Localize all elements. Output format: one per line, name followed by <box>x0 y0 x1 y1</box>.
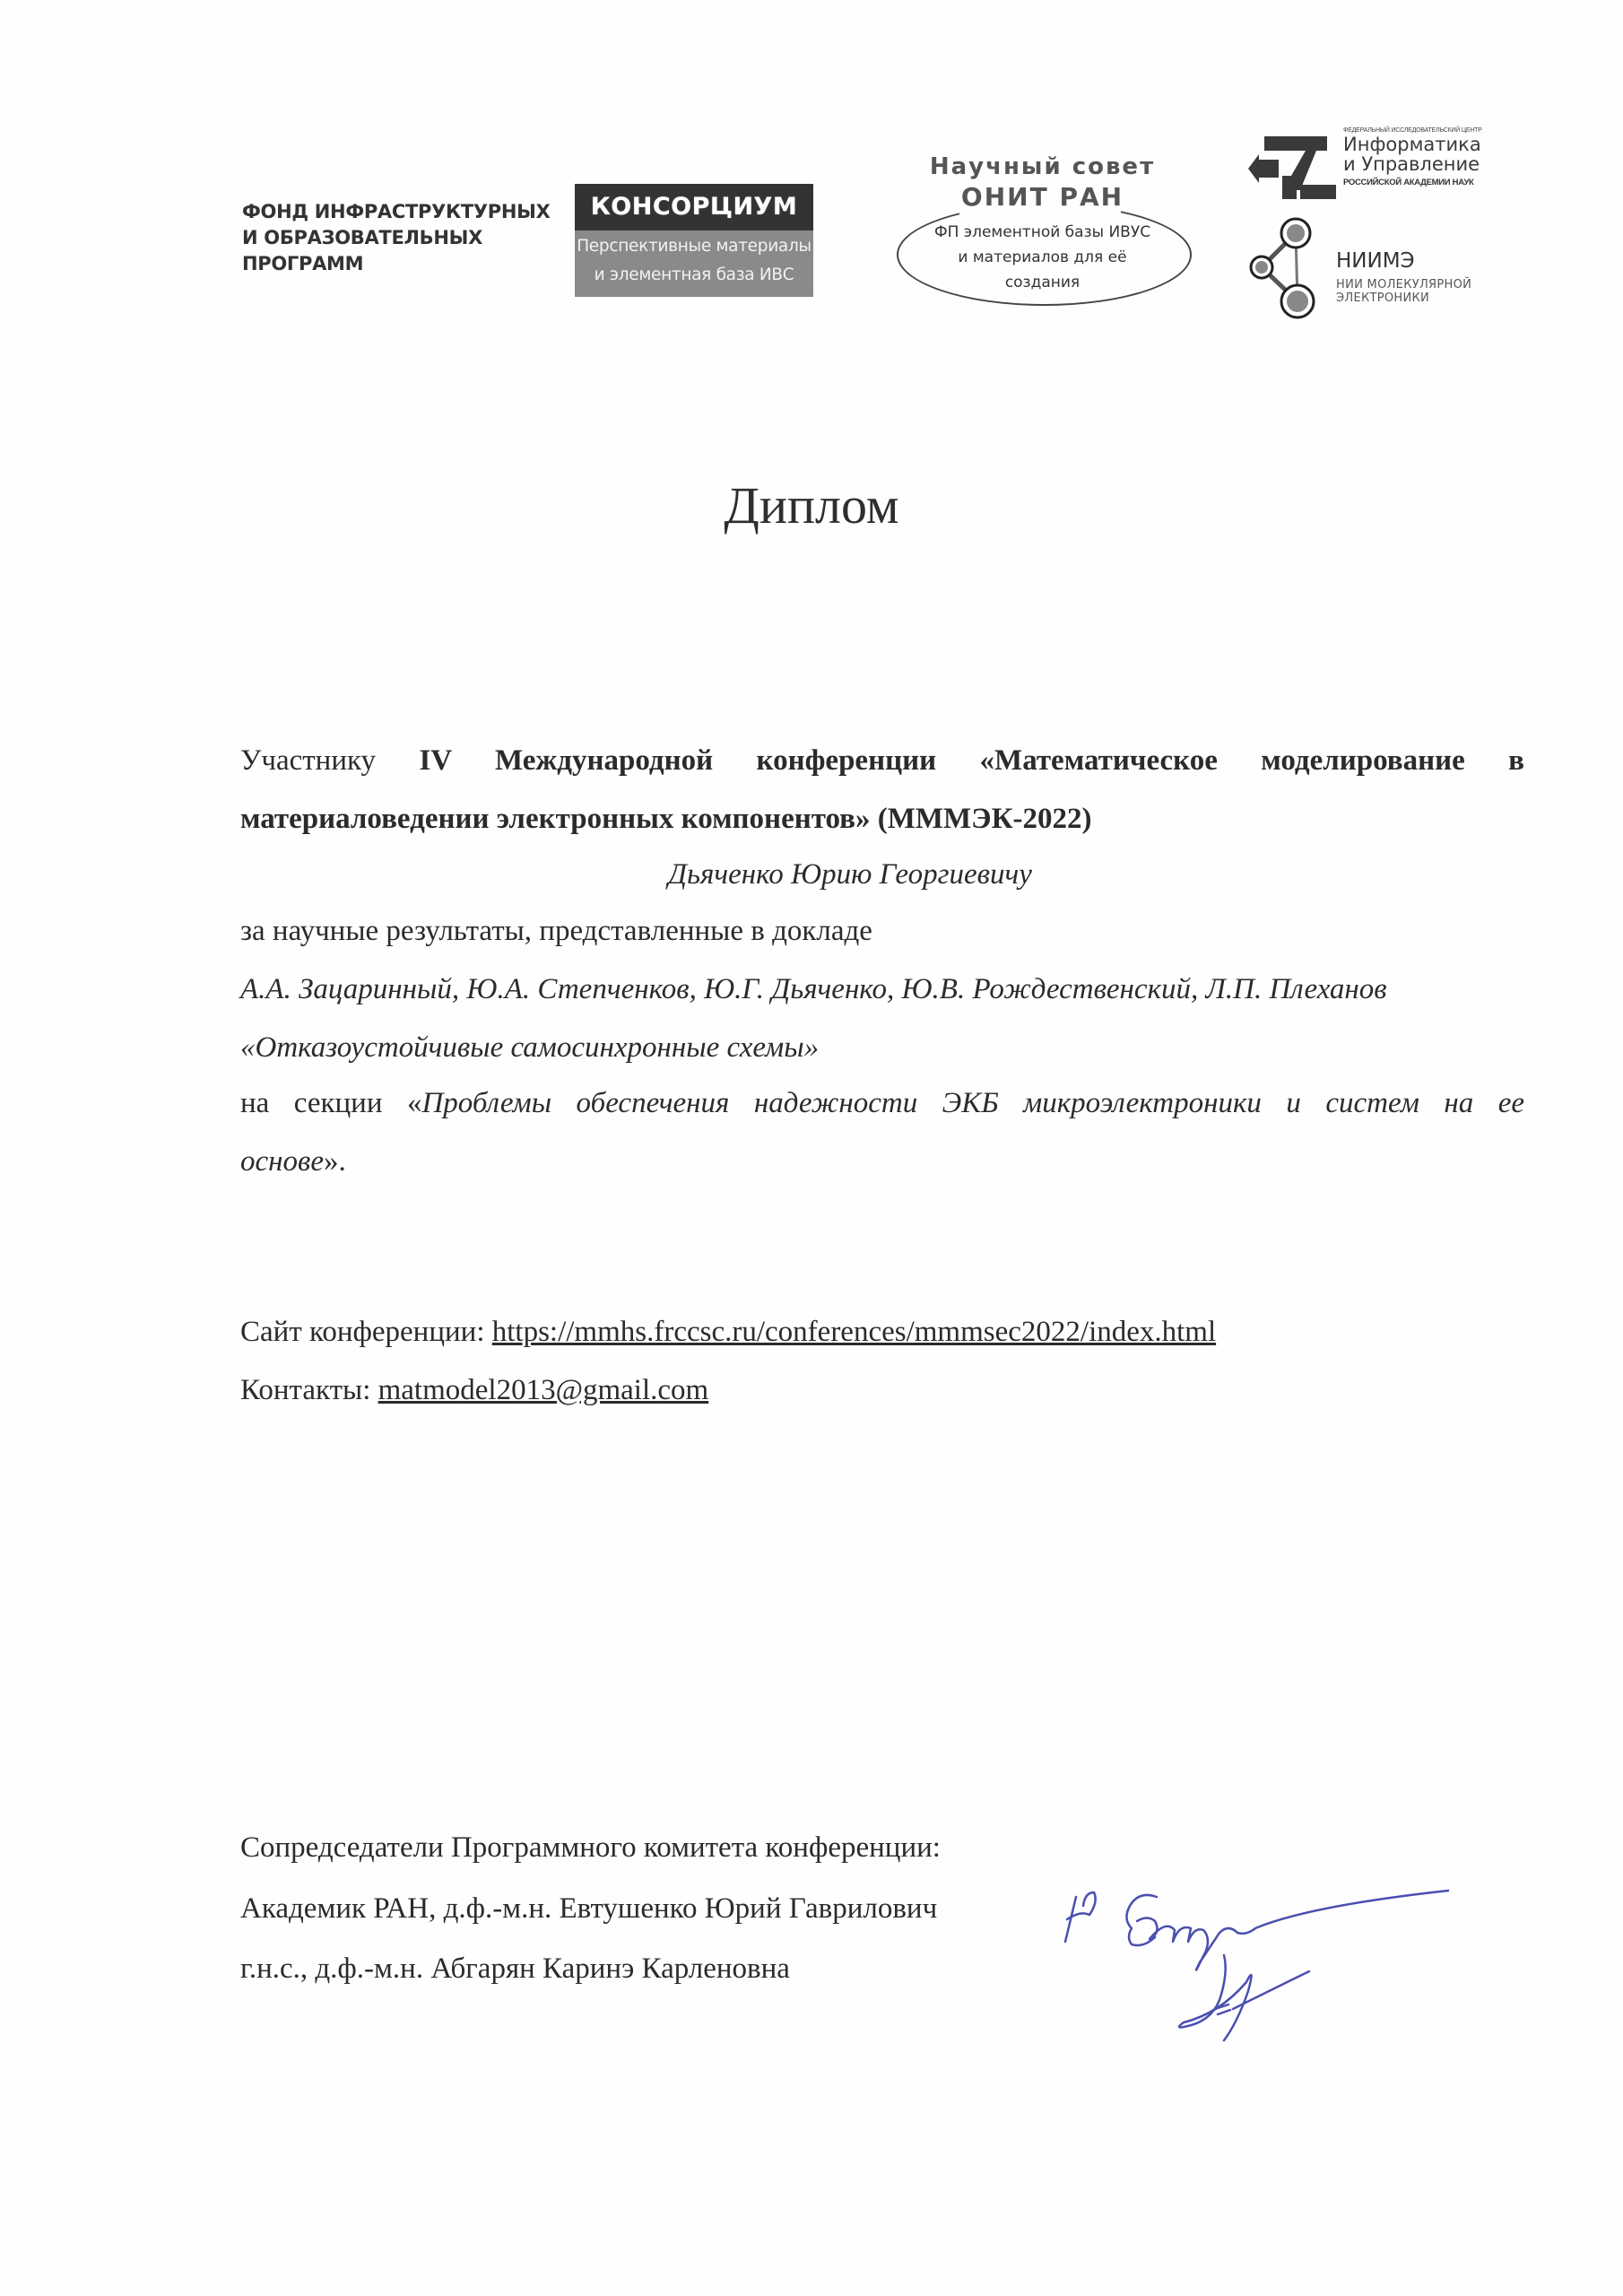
contacts-label: Контакты: <box>240 1374 378 1406</box>
logo-niime-title: НИИМЭ <box>1336 249 1415 273</box>
logo-informatika-line2: и Управление <box>1343 154 1480 174</box>
molecule-icon <box>1242 213 1332 321</box>
logo-sovet-line2: ОНИТ РАН <box>888 182 1197 212</box>
logo-niime-sub2: ЭЛЕКТРОНИКИ <box>1336 291 1471 305</box>
report-authors: А.А. Зацаринный, Ю.А. Степченков, Ю.Г. Д… <box>240 971 1387 1007</box>
logo-sovet-line4: и материалов для её <box>888 248 1197 266</box>
logo-fond-line2: И ОБРАЗОВАТЕЛЬНЫХ <box>242 225 551 251</box>
section-line-2: основе». <box>240 1144 346 1179</box>
logo-sovet-line1: Научный совет <box>888 153 1197 180</box>
site-line: Сайт конференции: https://mmhs.frccsc.ru… <box>240 1314 1216 1350</box>
logo-fond-line3: ПРОГРАММ <box>242 251 551 277</box>
logo-informatika-sub: РОССИЙСКОЙ АКАДЕМИИ НАУК <box>1343 178 1474 187</box>
section-prefix: на секции « <box>240 1087 421 1119</box>
logo-fond-line1: ФОНД ИНФРАСТРУКТУРНЫХ <box>242 199 551 225</box>
logo-informatika-line1: Информатика <box>1343 135 1481 154</box>
logo-konsortsium-title: КОНСОРЦИУМ <box>575 184 813 230</box>
site-label: Сайт конференции: <box>240 1316 492 1348</box>
contacts-line: Контакты: matmodel2013@gmail.com <box>240 1372 708 1408</box>
logo-konsortsium-sub1: Перспективные материалы <box>575 230 813 262</box>
document-title: Диплом <box>0 475 1623 535</box>
logo-fond-infrastructure: ФОНД ИНФРАСТРУКТУРНЫХ И ОБРАЗОВАТЕЛЬНЫХ … <box>242 199 551 277</box>
signer-1: Академик РАН, д.ф.-м.н. Евтушенко Юрий Г… <box>240 1891 937 1926</box>
logo-niime: НИИМЭ НИИ МОЛЕКУЛЯРНОЙ ЭЛЕКТРОНИКИ <box>1242 213 1520 321</box>
logo-sovet-line3: ФП элементной базы ИВУС <box>888 223 1197 241</box>
conference-name-2: материаловедении электронных компонентов… <box>240 801 1091 837</box>
logo-nauchny-sovet: Научный совет ОНИТ РАН ФП элементной баз… <box>888 148 1197 309</box>
logo-konsortsium: КОНСОРЦИУМ Перспективные материалы и эле… <box>575 184 813 297</box>
section-name-2: основе <box>240 1145 324 1178</box>
logo-niime-sub: НИИ МОЛЕКУЛЯРНОЙ ЭЛЕКТРОНИКИ <box>1336 278 1471 305</box>
for-results-text: за научные результаты, представленные в … <box>240 913 872 949</box>
handwritten-signatures-icon <box>1040 1865 1488 2045</box>
logo-sovet-line5: создания <box>888 274 1197 291</box>
signer-2: г.н.с., д.ф.-м.н. Абгарян Каринэ Карлено… <box>240 1951 790 1987</box>
section-suffix: ». <box>324 1145 346 1178</box>
report-title: «Отказоустойчивые самосинхронные схемы» <box>240 1030 819 1065</box>
site-link[interactable]: https://mmhs.frccsc.ru/conferences/mmmse… <box>492 1316 1216 1348</box>
conference-name-1: IV Международной конференции «Математиче… <box>419 744 1524 777</box>
logo-konsortsium-sub2: и элементная база ИВС <box>575 262 813 289</box>
contacts-email-link[interactable]: matmodel2013@gmail.com <box>378 1374 709 1406</box>
frc-arrow-icon <box>1246 133 1341 204</box>
logo-informatika-sup: ФЕДЕРАЛЬНЫЙ ИССЛЕДОВАТЕЛЬСКИЙ ЦЕНТР <box>1343 127 1482 134</box>
section-line-1: на секции «Проблемы обеспечения надежнос… <box>240 1085 1524 1121</box>
intro-line-1: Участнику IV Международной конференции «… <box>240 743 1524 778</box>
cochairs-heading: Сопредседатели Программного комитета кон… <box>240 1830 941 1865</box>
logo-informatika-upravlenie: ФЕДЕРАЛЬНЫЙ ИССЛЕДОВАТЕЛЬСКИЙ ЦЕНТР Инфо… <box>1246 126 1515 211</box>
recipient-name: Дьяченко Юрию Георгиевичу <box>668 857 1032 892</box>
intro-prefix: Участнику <box>240 744 376 777</box>
logo-niime-sub1: НИИ МОЛЕКУЛЯРНОЙ <box>1336 278 1471 291</box>
section-name-1: Проблемы обеспечения надежности ЭКБ микр… <box>421 1087 1524 1119</box>
